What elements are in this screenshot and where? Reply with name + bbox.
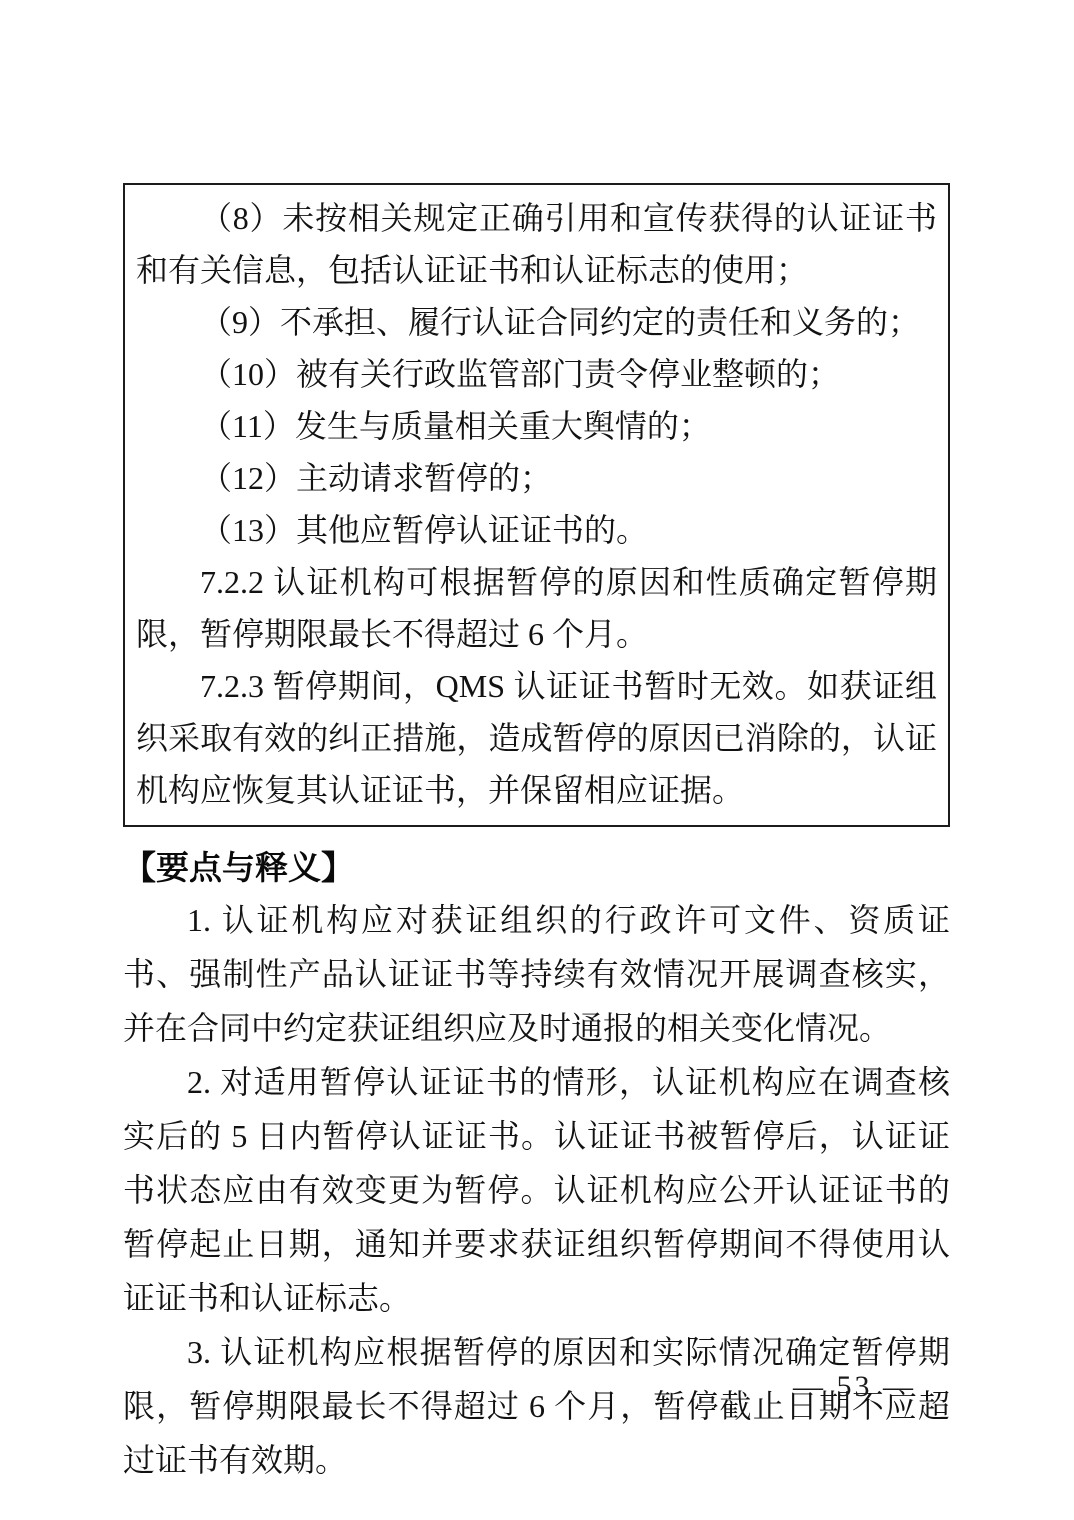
provision-paragraph-722: 7.2.2 认证机构可根据暂停的原因和性质确定暂停期限，暂停期限最长不得超过 6…: [136, 556, 937, 660]
provision-paragraph-10: （10）被有关行政监管部门责令停业整顿的；: [136, 348, 937, 400]
note-paragraph-3: 3. 认证机构应根据暂停的原因和实际情况确定暂停期限，暂停期限最长不得超过 6 …: [123, 1325, 950, 1487]
provision-box: （8）未按相关规定正确引用和宣传获得的认证证书和有关信息，包括认证证书和认证标志…: [123, 183, 950, 827]
note-paragraph-1: 1. 认证机构应对获证组织的行政许可文件、资质证书、强制性产品认证证书等持续有效…: [123, 893, 950, 1055]
provision-paragraph-11: （11）发生与质量相关重大舆情的；: [136, 400, 937, 452]
notes-section-header: 【要点与释义】: [123, 843, 950, 893]
note-paragraph-2: 2. 对适用暂停认证证书的情形，认证机构应在调查核实后的 5 日内暂停认证证书。…: [123, 1055, 950, 1325]
provision-paragraph-8: （8）未按相关规定正确引用和宣传获得的认证证书和有关信息，包括认证证书和认证标志…: [136, 192, 937, 296]
page-content: （8）未按相关规定正确引用和宣传获得的认证证书和有关信息，包括认证证书和认证标志…: [123, 183, 950, 1487]
provision-paragraph-9: （9）不承担、履行认证合同约定的责任和义务的；: [136, 296, 937, 348]
provision-paragraph-13: （13）其他应暂停认证证书的。: [136, 504, 937, 556]
page-number: — 53 —: [793, 1370, 916, 1404]
provision-paragraph-12: （12）主动请求暂停的；: [136, 452, 937, 504]
provision-paragraph-723: 7.2.3 暂停期间，QMS 认证证书暂时无效。如获证组织采取有效的纠正措施，造…: [136, 660, 937, 816]
